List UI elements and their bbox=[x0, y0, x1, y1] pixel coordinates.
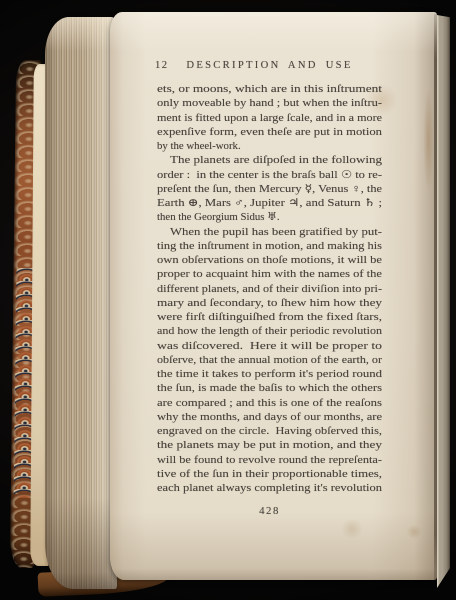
text-line: different planets, and of their diviſion… bbox=[157, 282, 382, 296]
page-header: 12 DESCRIPTION AND USE bbox=[157, 60, 382, 73]
text-line: will be found to revolve round the repre… bbox=[157, 453, 382, 467]
text-line: mary and ſecondary, to ſhew him how they bbox=[157, 296, 382, 310]
text-line: tive of the ſun in their proportionable … bbox=[157, 467, 382, 481]
gutter-crease bbox=[434, 14, 437, 580]
text-line: why the months, and days of our months, … bbox=[157, 410, 382, 424]
gutter-stain bbox=[420, 88, 434, 238]
text-line: own obſervations on thoſe motions, it wi… bbox=[157, 253, 382, 267]
text-line: obſerve, that the annual motion of the e… bbox=[157, 353, 382, 367]
text-line: Earth ⊕, Mars ♂, Jupiter ♃, and Saturn ♄… bbox=[157, 196, 382, 210]
text-line: order : in the center is the braſs ball … bbox=[157, 168, 382, 182]
header-running-title: DESCRIPTION AND USE bbox=[157, 60, 382, 71]
text-line: preſent the ſun, then Mercury ☿, Venus ♀… bbox=[157, 182, 382, 196]
page-block-edges bbox=[45, 17, 117, 589]
text-line: by the wheel-work. bbox=[157, 139, 382, 153]
text-line: the planets may be put in motion, and th… bbox=[157, 438, 382, 452]
text-line: When the pupil has been gratified by put… bbox=[157, 225, 382, 239]
text-line: engraved on the circle. Having obſerved … bbox=[157, 424, 382, 438]
printed-text-area: 12 DESCRIPTION AND USE ets, or moons, wh… bbox=[157, 60, 382, 517]
text-line: was diſcovered. Here it will be proper t… bbox=[157, 339, 382, 353]
text-line: the ſun, is made the baſis to which the … bbox=[157, 381, 382, 395]
text-line: ting the inſtrument in motion, and makin… bbox=[157, 239, 382, 253]
text-line: The planets are diſpoſed in the followin… bbox=[157, 153, 382, 167]
text-line: and how the length of their periodic rev… bbox=[157, 324, 382, 338]
book-photograph: 12 DESCRIPTION AND USE ets, or moons, wh… bbox=[0, 0, 456, 600]
header-page-number: 12 bbox=[155, 60, 169, 71]
text-line: each planet always completing it's revol… bbox=[157, 481, 382, 495]
body-lines: ets, or moons, which are in this inſtrum… bbox=[157, 82, 382, 495]
text-line: were firſt diſtinguiſhed from the fixed … bbox=[157, 310, 382, 324]
text-line: ets, or moons, which are in this inſtrum… bbox=[157, 82, 382, 96]
text-line: then the Georgium Sidus ♅. bbox=[157, 210, 382, 224]
text-line: are compared ; and this is one of the re… bbox=[157, 396, 382, 410]
text-line: proper to acquaint him with the names of… bbox=[157, 267, 382, 281]
text-line: only moveable by hand ; but when the inſ… bbox=[157, 96, 382, 110]
text-line: ment is fitted upon a large ſcale, and i… bbox=[157, 111, 382, 125]
facing-page-edge bbox=[437, 15, 450, 588]
text-line: expenſive form, even theſe are put in mo… bbox=[157, 125, 382, 139]
page-footer-number: 428 bbox=[157, 505, 382, 517]
text-line: the time it takes to perform it's period… bbox=[157, 367, 382, 381]
